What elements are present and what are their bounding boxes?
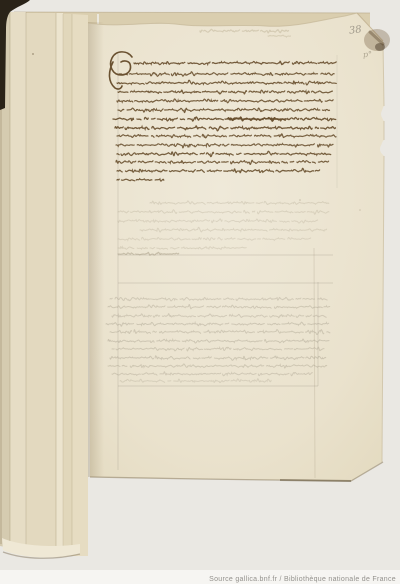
folio-number: 38 — [348, 24, 362, 36]
edge-notch — [381, 108, 393, 120]
book-scan — [0, 0, 400, 570]
corner-stain — [364, 29, 390, 51]
attribution-text: Source gallica.bnf.fr / Bibliothèque nat… — [209, 576, 400, 583]
edge-notch — [380, 142, 394, 156]
page-stack — [0, 12, 98, 558]
margin-mark: p° — [363, 50, 373, 60]
attribution-bar: Source gallica.bnf.fr / Bibliothèque nat… — [0, 570, 400, 584]
scan-viewport: 38 p° Source gallica.bnf.fr / Bibliothèq… — [0, 0, 400, 584]
